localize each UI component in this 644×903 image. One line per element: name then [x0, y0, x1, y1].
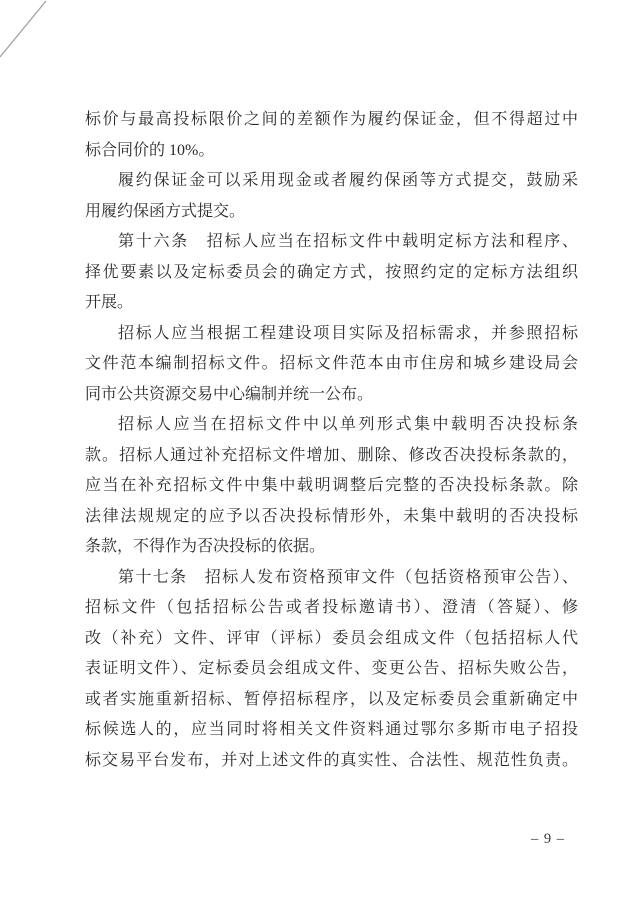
scan-fold-artifact-line — [0, 0, 60, 70]
text-line: 表证明文件）、定标委员会组成文件、变更公告、招标失败公告， — [85, 654, 578, 685]
text-line: 改（补充）文件、评审（评标）委员会组成文件（包括招标人代 — [85, 624, 578, 655]
text-line: 招标人应当根据工程建设项目实际及招标需求，并参照招标 — [85, 319, 578, 350]
text-line: 标价与最高投标限价之间的差额作为履约保证金，但不得超过中 — [85, 105, 578, 136]
document-page: 标价与最高投标限价之间的差额作为履约保证金，但不得超过中标合同价的 10%。履约… — [0, 0, 644, 903]
text-line: 履约保证金可以采用现金或者履约保函等方式提交，鼓励采 — [85, 166, 578, 197]
text-line: 招标文件（包括招标公告或者投标邀请书）、澄清（答疑）、修 — [85, 593, 578, 624]
text-line: 同市公共资源交易中心编制并统一公布。 — [85, 380, 578, 411]
page-number: – 9 – — [521, 829, 575, 849]
text-line: 应当在补充招标文件中集中载明调整后完整的否决投标条款。除 — [85, 471, 578, 502]
text-line: 招标人应当在招标文件中以单列形式集中载明否决投标条 — [85, 410, 578, 441]
text-line: 或者实施重新招标、暂停招标程序，以及定标委员会重新确定中 — [85, 685, 578, 716]
text-line: 标交易平台发布，并对上述文件的真实性、合法性、规范性负责。 — [85, 746, 578, 777]
text-line: 标候选人的，应当同时将相关文件资料通过鄂尔多斯市电子招投 — [85, 715, 578, 746]
text-line: 用履约保函方式提交。 — [85, 197, 578, 228]
text-line: 文件范本编制招标文件。招标文件范本由市住房和城乡建设局会 — [85, 349, 578, 380]
text-line: 择优要素以及定标委员会的确定方式，按照约定的定标方法组织 — [85, 258, 578, 289]
text-line: 第十七条 招标人发布资格预审文件（包括资格预审公告）、 — [85, 563, 578, 594]
text-line: 款。招标人通过补充招标文件增加、删除、修改否决投标条款的， — [85, 441, 578, 472]
text-line: 法律法规规定的应予以否决投标情形外，未集中载明的否决投标 — [85, 502, 578, 533]
document-body: 标价与最高投标限价之间的差额作为履约保证金，但不得超过中标合同价的 10%。履约… — [85, 105, 578, 776]
text-line: 条款，不得作为否决投标的依据。 — [85, 532, 578, 563]
text-line: 标合同价的 10%。 — [85, 136, 578, 167]
text-line: 开展。 — [85, 288, 578, 319]
text-line: 第十六条 招标人应当在招标文件中载明定标方法和程序、 — [85, 227, 578, 258]
